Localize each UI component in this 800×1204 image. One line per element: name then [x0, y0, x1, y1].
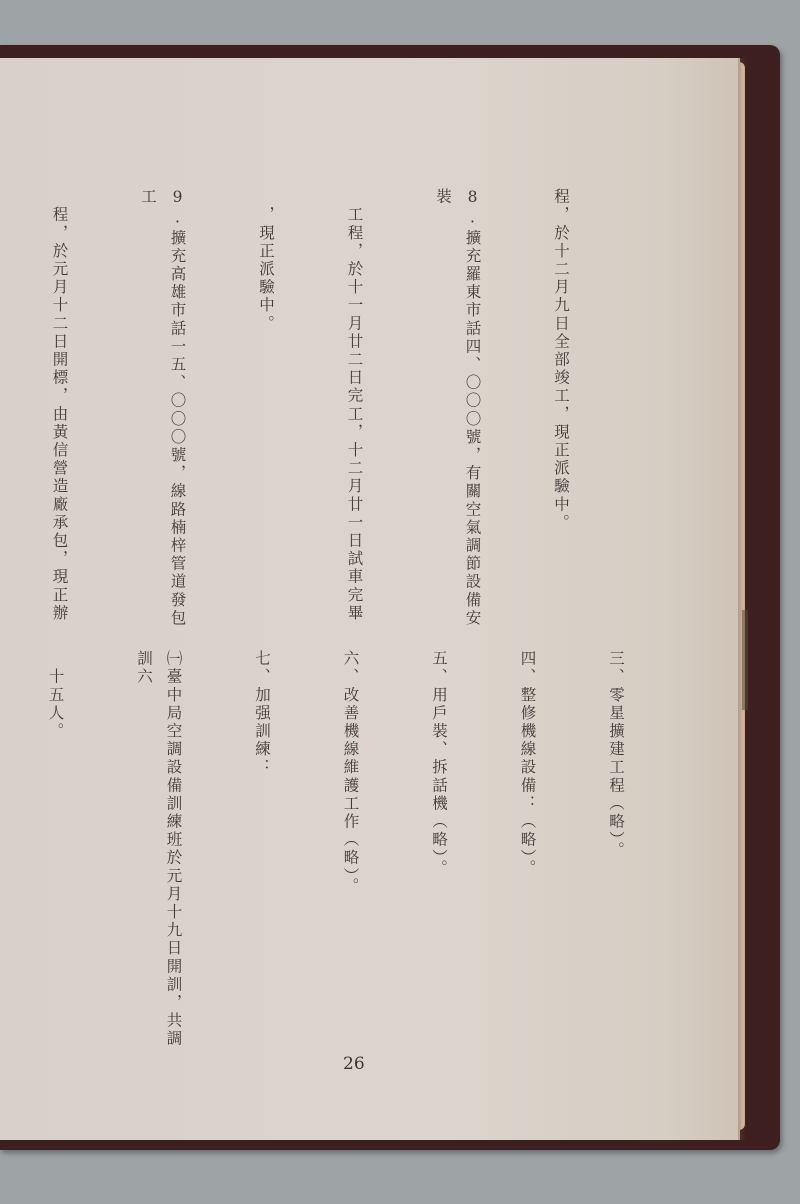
text-line: 程，於元月十二日開標，由黃信營造廠承包，現正辦 — [44, 188, 74, 628]
text-line: 程，於十二月九日全部竣工，現正派驗中。 — [546, 188, 576, 628]
text-line: 六、改善機線維護工作（略）。 — [335, 650, 365, 1050]
page-number: 26 — [343, 1054, 365, 1074]
text-line: 十五人。 — [40, 650, 70, 1050]
text-line: ㈠臺中局空調設備訓練班於元月十九日開訓，共調訓六 — [129, 650, 188, 1050]
text-line: 七、加强訓練： — [247, 650, 277, 1050]
gutter-shadow — [738, 58, 746, 1140]
text-line: 工程，於十一月廿二日完工，十二月廿一日試車完畢 — [339, 188, 369, 628]
text-line: 三、零星擴建工程（略）。 — [601, 650, 631, 1050]
top-text-column: 程，於十二月九日全部竣工，現正派驗中。 8.擴充羅東市話四、〇〇〇號，有關空氣調… — [44, 188, 634, 628]
bottom-text-column: 三、零星擴建工程（略）。 四、整修機線設備：（略）。 五、用戶裝、拆話機（略）。… — [44, 650, 689, 1050]
page-stain — [742, 610, 748, 710]
text-line: 五、用戶裝、拆話機（略）。 — [424, 650, 454, 1050]
text-line: 9.擴充高雄市話一五、〇〇〇號，線路楠梓管道發包工 — [133, 188, 192, 628]
text-line: ，現正派驗中。 — [251, 188, 281, 628]
text-line: 8.擴充羅東市話四、〇〇〇號，有關空氣調節設備安裝 — [428, 188, 487, 628]
text-line: 四、整修機線設備：（略）。 — [512, 650, 542, 1050]
